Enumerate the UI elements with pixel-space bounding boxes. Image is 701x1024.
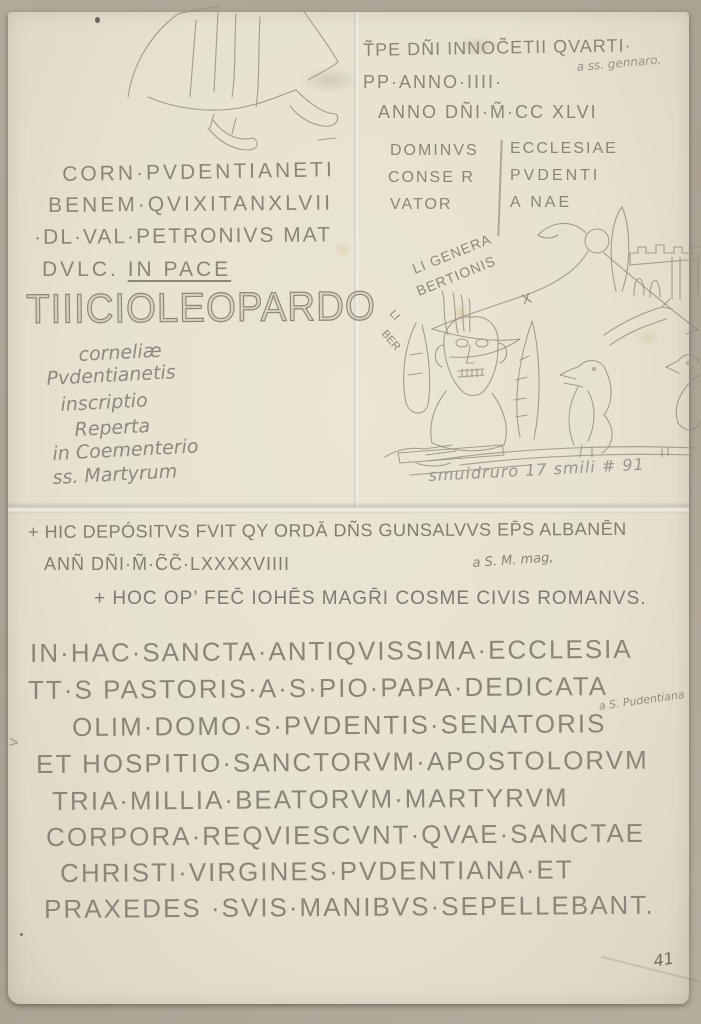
gunsalvus-line2: ANÑ DÑI·M̃·C̃C̃·LXXXXVIIII <box>44 554 290 575</box>
bottom-line4: ET HOSPITIO·SANCTORVM·APOSTOLORVM <box>36 745 649 780</box>
leopardo-title: TIIICIOLEOPARDO <box>26 283 376 333</box>
bottom-line1: IN·HAC·SANCTA·ANTIQVISSIMA·ECCLESIA <box>30 634 633 669</box>
ecclesiae-line3: A NAE <box>510 194 572 212</box>
dominus-line1: DOMINVS <box>390 142 479 160</box>
ecclesiae-line1: ECCLESIAE <box>510 140 618 158</box>
drapery-feet-sketch <box>118 2 343 157</box>
iohes-line: + HOC OP’ FEC̄ IOHĒS MAGR̄I COSME CIVIS … <box>94 588 647 610</box>
corn-line4: DVLC. IN PACE <box>42 258 231 282</box>
inscription-pp-anno-line: PP·ANNO·IIII· <box>363 72 503 93</box>
cursive-inscriptio: inscriptio <box>60 389 148 416</box>
bottom-line2: TT·S PASTORIS·A·S·PIO·PAPA·DEDICATA <box>28 671 608 706</box>
inscription-anno-dni-line: ANNO DÑI·M̃·CC XLVI <box>378 102 598 123</box>
ecclesiae-line2: PVDENTI <box>510 167 600 185</box>
scanned-drawing-page: { "page": { "number": "41" }, "colors": … <box>0 0 701 1024</box>
bottom-line7: CHRISTI·VIRGINES·PVDENTIANA·ET <box>60 854 574 889</box>
corn-line3: ·DL·VAL·PETRONIVS MAT <box>34 223 332 250</box>
corn-line2: BENEM·QVIXITANXLVII <box>48 192 333 218</box>
bottom-line3: OLIM·DOMO·S·PVDENTIS·SENATORIS <box>72 708 607 743</box>
corn-line4-prefix: DVLC. <box>42 258 128 281</box>
bottom-line5: TRIA·MILLIA·BEATORVM·MARTYRVM <box>52 782 569 817</box>
cursive-reperta: Reperta <box>74 415 151 441</box>
corn-line4-in-pace: IN PACE <box>128 258 231 281</box>
bottom-line8: PRAXEDES ·SVIS·MANIBVS·SEPELLEBANT. <box>44 890 655 925</box>
corn-line1: CORN·PVDENTIANETI <box>62 158 335 187</box>
dominus-line3: VATOR <box>390 196 452 214</box>
angel-head <box>585 229 609 253</box>
page-number: 41 <box>652 948 675 970</box>
gunsalvus-line1: + HIC DEPÓSITVS FVIT QY ORDĀ DÑS GUNSALV… <box>28 519 627 543</box>
dominus-line2: CONSE R <box>388 169 475 187</box>
bottom-line6: CORPORA·REQVIESCVNT·QVAE·SANCTAE <box>46 818 645 853</box>
angel-castle-eagle-face-sketch <box>380 195 701 485</box>
